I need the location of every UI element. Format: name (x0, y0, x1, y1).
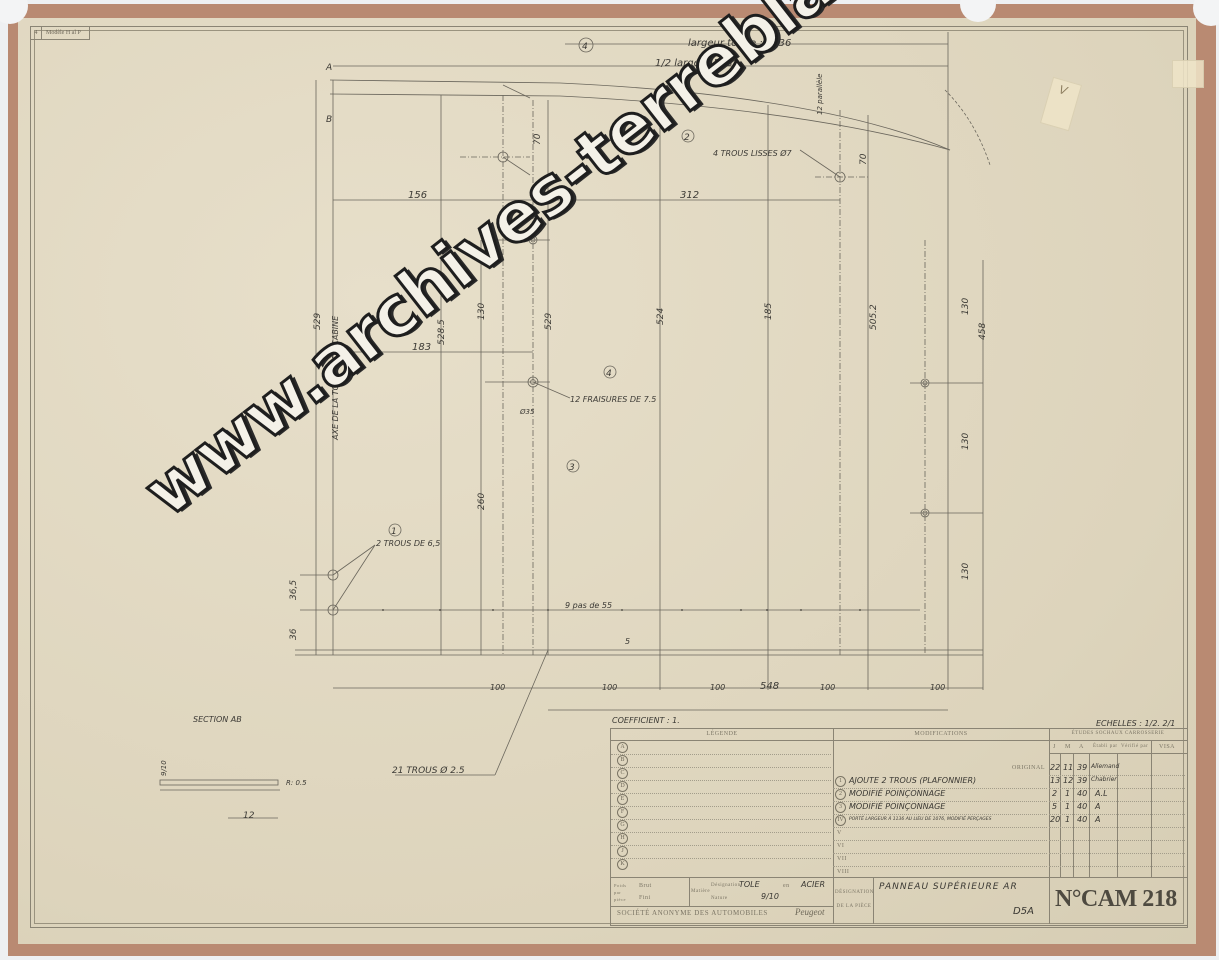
mod-row-2: 2MODIFIÉ POINÇONNAGE (833, 788, 1047, 802)
section-thickness: 9/10 (160, 760, 168, 776)
section-label-b: B (326, 115, 332, 125)
scales: ECHELLES : 1/2. 2/1 (1096, 719, 1175, 728)
legend-row-e: E (611, 793, 831, 807)
dim-185: 185 (764, 303, 774, 320)
modifications-panel: MODIFICATIONS ORIGINAL 1AJOUTE 2 TROUS (… (833, 729, 1050, 877)
note-pitch: 9 pas de 55 (565, 601, 612, 610)
legend-row-f: F (611, 806, 831, 820)
note-phi: Ø35 (519, 408, 535, 416)
section-ab-title: SECTION AB (193, 715, 242, 724)
section-label-a: A (325, 63, 332, 73)
mod-row-7: VII (833, 853, 1047, 867)
dim-36: 36 (289, 628, 299, 640)
dim-36-5: 36,5 (289, 580, 299, 600)
dim-130-r2: 130 (961, 433, 971, 450)
model-code: D5A (1013, 906, 1034, 917)
legend-panel: LÉGENDE A B C D E F G H J K (611, 729, 834, 877)
note-holes-6-5: 2 TROUS DE 6,5 (376, 539, 440, 548)
zone-label-3: 3 (569, 463, 575, 473)
dim-529: 529 (544, 313, 554, 330)
dim-100-1: 100 (490, 683, 505, 692)
material-type: ACIER (801, 880, 825, 889)
study-row-4: 20 1 40 A (1049, 814, 1185, 828)
section-width: 12 (243, 811, 255, 821)
dim-130-r3: 130 (961, 563, 971, 580)
company-name: SOCIÉTÉ ANONYME DES AUTOMOBILES (617, 909, 768, 917)
brand-logo: Peugeot (795, 907, 825, 917)
mod-row-1: 1AJOUTE 2 TROUS (PLAFONNIER) (833, 775, 1047, 789)
part-name: PANNEAU SUPÉRIEURE AR (879, 882, 1018, 892)
note-holes-2-5: 21 TROUS Ø 2.5 (392, 765, 465, 776)
modifications-header: MODIFICATIONS (833, 729, 1049, 741)
note-smooth-holes: 4 TROUS LISSES Ø7 (713, 148, 793, 158)
legend-row-d: D (611, 780, 831, 794)
drawing-number-panel: N°CAM 218 (1049, 877, 1187, 924)
weight-label: Poids par pièce (614, 882, 630, 903)
dim-458: 458 (978, 323, 988, 340)
dim-524: 524 (656, 308, 666, 325)
title-block: LÉGENDE A B C D E F G H J K MODIFICATION… (610, 728, 1188, 926)
coefficient: COEFFICIENT : 1. (612, 716, 680, 725)
dim-100-4: 100 (820, 683, 835, 692)
material-thickness: 9/10 (761, 892, 779, 901)
dim-548: 548 (760, 681, 779, 692)
legend-row-c: C (611, 767, 831, 781)
material-panel: Poids par pièce Brut Fini Matière Désign… (611, 877, 834, 924)
dim-70-b: 70 (859, 153, 869, 165)
drawing-number: N°CAM 218 (1055, 886, 1177, 913)
zone-callout-4: 4 (582, 42, 588, 52)
studies-header: ÉTUDES SOCHAUX CARROSSERIE (1049, 729, 1187, 741)
dim-312: 312 (680, 190, 699, 201)
dim-100-5: 100 (930, 683, 945, 692)
study-row-2: 2 1 40 A.L (1049, 788, 1185, 802)
dim-100-3: 100 (710, 683, 725, 692)
studies-col-headers: J M A Établi par Vérifié par VISA (1049, 741, 1187, 754)
dim-505-2: 505.2 (869, 304, 879, 330)
note-countersinks: 12 FRAISURES DE 7.5 (570, 395, 656, 404)
studies-panel: ÉTUDES SOCHAUX CARROSSERIE J M A Établi … (1049, 729, 1187, 877)
zone-label-4: 4 (606, 369, 612, 379)
zone-label-1: 1 (391, 527, 397, 537)
section-radius: R: 0.5 (286, 779, 307, 787)
dim-100-2: 100 (602, 683, 617, 692)
legend-row-a: A (611, 741, 831, 755)
dim-5: 5 (625, 637, 630, 646)
study-row-original: 22 11 39 Allemand (1049, 762, 1185, 776)
study-row-3: 5 1 40 A (1049, 801, 1185, 815)
dim-130-r1: 130 (961, 298, 971, 315)
material-designation: TOLE (739, 880, 760, 889)
mod-row-4: IVPORTÉ LARGEUR À 1136 AU LIEU DE 1076, … (833, 814, 1047, 828)
dim-70-a: 70 (533, 133, 543, 145)
legend-row-b: B (611, 754, 831, 768)
parallel-note: 12 parallèle (816, 74, 824, 115)
mod-row-6: VI (833, 840, 1047, 854)
designation-panel: DÉSIGNATION DE LA PIÈCE PANNEAU SUPÉRIEU… (833, 877, 1050, 924)
original-label: ORIGINAL (1012, 765, 1045, 771)
legend-row-h: H (611, 832, 831, 846)
legend-row-g: G (611, 819, 831, 833)
dim-130-v: 130 (477, 303, 487, 320)
legend-header: LÉGENDE (611, 729, 833, 741)
mod-row-5: V (833, 827, 1047, 841)
legend-row-k: K (611, 858, 831, 871)
dim-156: 156 (408, 190, 427, 201)
legend-row-j: J (611, 845, 831, 859)
study-row-1: 13 12 39 Chabrier (1049, 775, 1185, 789)
dim-260: 260 (477, 493, 487, 510)
mod-row-3: 3MODIFIÉ POINÇONNAGE (833, 801, 1047, 815)
